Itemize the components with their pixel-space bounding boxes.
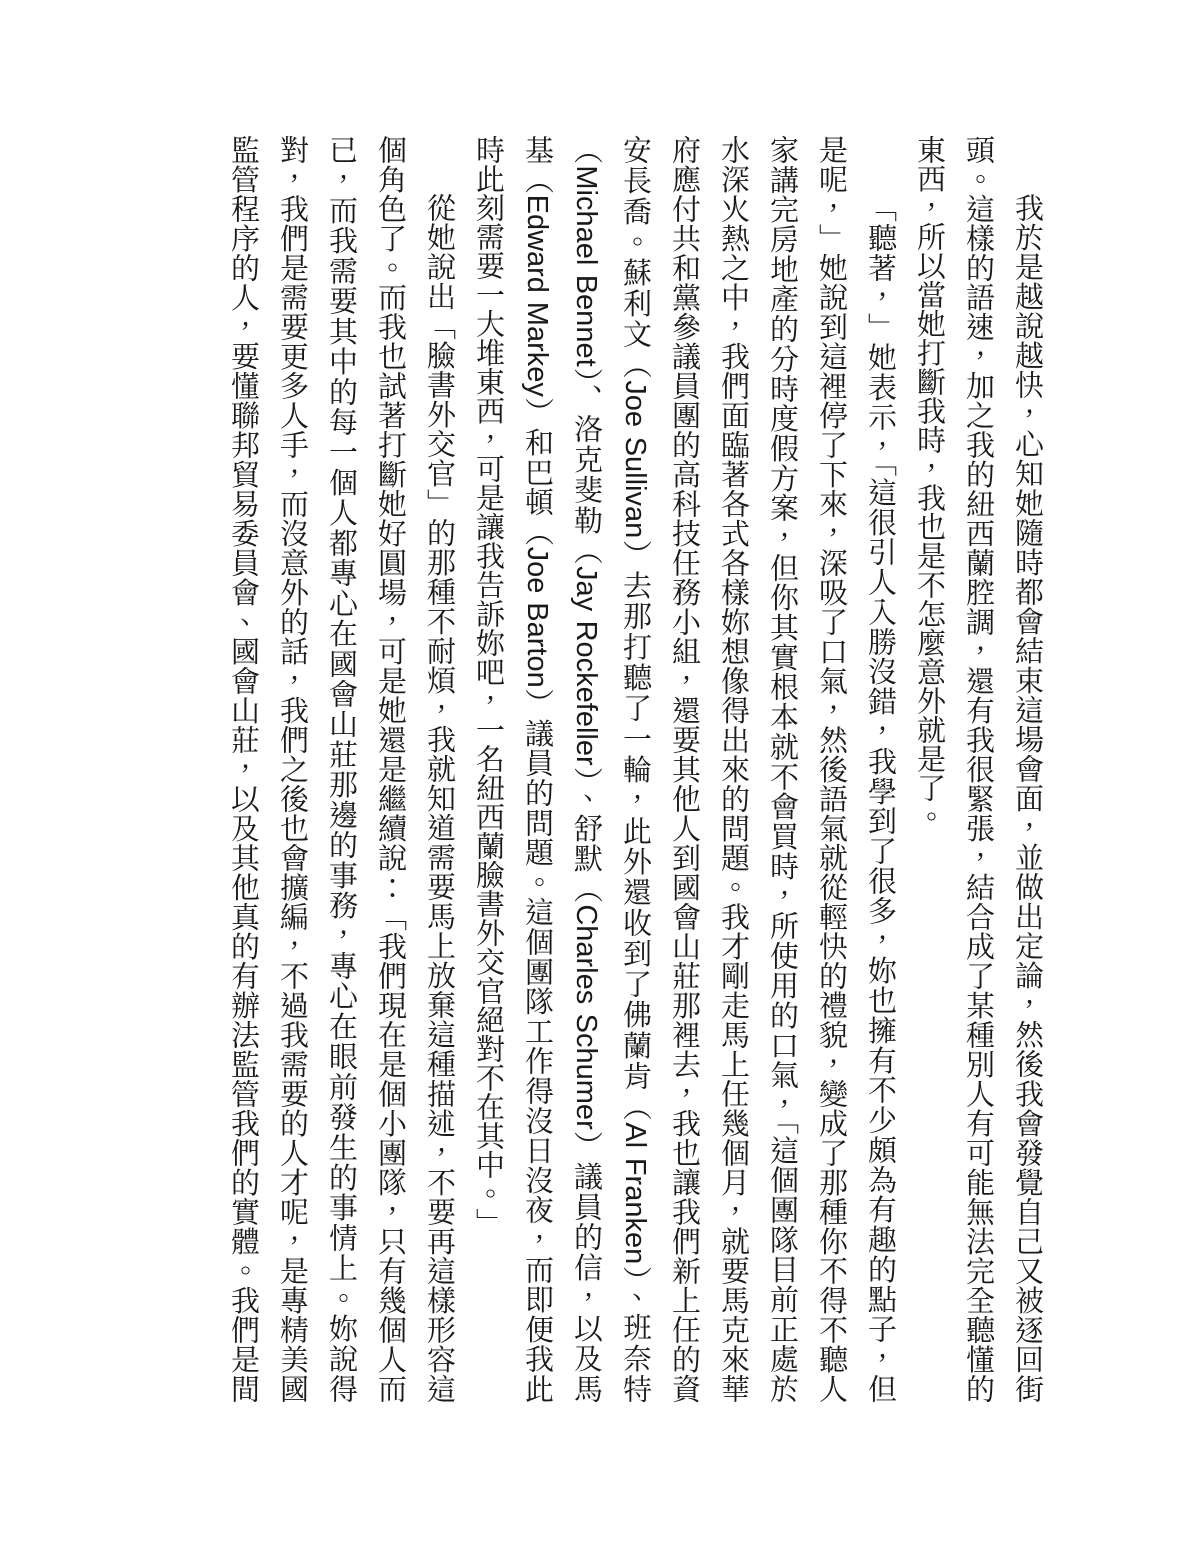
text-column-14: 個角色了。而我也試著打斷她好圓場，可是她還是繼續說：「我們現在是個小團隊，只有幾… [365, 135, 414, 1403]
text-column-13: 從她說出「臉書外交官」的那種不耐煩，我就知道需要馬上放棄這種描述，不要再這樣形容… [414, 135, 463, 1403]
text-column-12: 時此刻需要一大堆東西，可是讓我告訴妳吧，一名紐西蘭臉書外交官絕對不在其中。」 [463, 135, 512, 1403]
book-page: 我於是越說越快，心知她隨時都會結束這場會面，並做出定論，然後我會發覺自己又被逐回… [0, 0, 1200, 1554]
text-column-11: 基（Edward Markey）和巴頓（Joe Barton）議員的問題。這個團… [512, 135, 561, 1403]
text-column-3: 東西，所以當她打斷我時，我也是不怎麼意外就是了。 [904, 135, 953, 1403]
vertical-text-block: 我於是越說越快，心知她隨時都會結束這場會面，並做出定論，然後我會發覺自己又被逐回… [218, 135, 1051, 1445]
text-column-4: 「聽著，」她表示，「這很引人入勝沒錯，我學到了很多，妳也擁有不少頗為有趣的點子，… [855, 135, 904, 1403]
text-column-1: 我於是越說越快，心知她隨時都會結束這場會面，並做出定論，然後我會發覺自己又被逐回… [1002, 135, 1051, 1403]
text-column-6: 家講完房地產的分時度假方案，但你其實根本就不會買時，所使用的口氣，「這個團隊目前… [757, 135, 806, 1403]
text-column-16: 對，我們是需要更多人手，而沒意外的話，我們之後也會擴編，不過我需要的人才呢，是專… [267, 135, 316, 1403]
text-column-7: 水深火熱之中，我們面臨著各式各樣妳想像得出來的問題。我才剛走馬上任幾個月，就要馬… [708, 135, 757, 1403]
text-column-2: 頭。這樣的語速，加之我的紐西蘭腔調，還有我很緊張，結合成了某種別人有可能無法完全… [953, 135, 1002, 1403]
text-column-10: （Michael Bennet）、洛克斐勒（Jay Rockefeller）、舒… [561, 135, 610, 1403]
text-column-15: 已，而我需要其中的每一個人都專心在國會山莊那邊的事務，專心在眼前發生的事情上。妳… [316, 135, 365, 1403]
text-column-8: 府應付共和黨參議員團的高科技任務小組，還要其他人到國會山莊那裡去，我也讓我們新上… [659, 135, 708, 1403]
text-column-17: 監管程序的人，要懂聯邦貿易委員會、國會山莊，以及其他真的有辦法監管我們的實體。我… [218, 135, 267, 1403]
text-column-9: 安長喬。蘇利文（Joe Sullivan）去那打聽了一輪，此外還收到了佛蘭肯（A… [610, 135, 659, 1403]
text-column-5: 是呢，」她說到這裡停了下來，深吸了口氣，然後語氣就從輕快的禮貌，變成了那種你不得… [806, 135, 855, 1403]
